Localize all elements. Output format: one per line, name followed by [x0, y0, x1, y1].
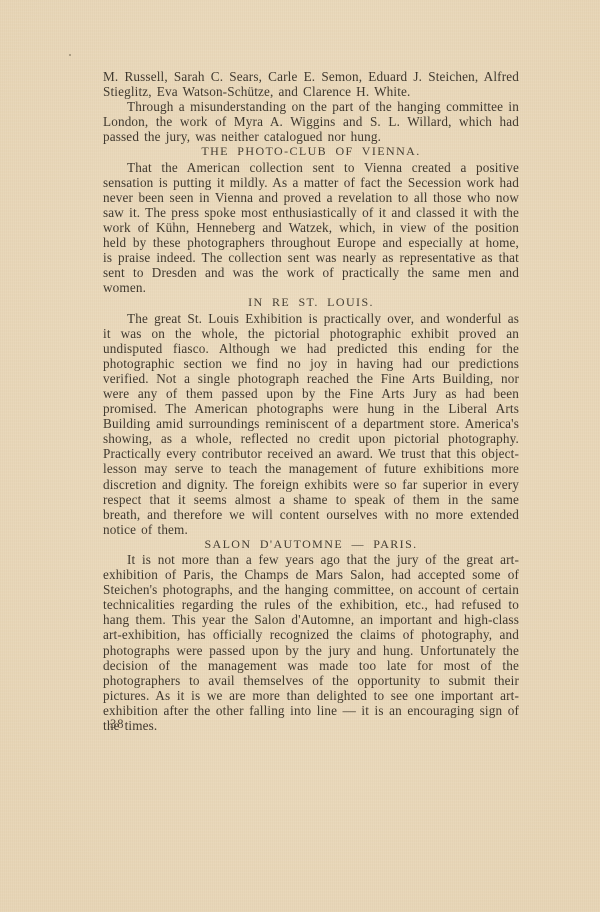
text-block: M. Russell, Sarah C. Sears, Carle E. Sem…	[103, 69, 519, 733]
scan-speck	[69, 54, 71, 56]
st-louis-section-paragraph: The great St. Louis Exhibition is practi…	[103, 311, 519, 537]
salon-dautomne-section-paragraph: It is not more than a few years ago that…	[103, 552, 519, 733]
continued-names-paragraph: M. Russell, Sarah C. Sears, Carle E. Sem…	[103, 69, 519, 99]
section-heading-photo-club-of-vienna: THE PHOTO-CLUB OF VIENNA.	[103, 144, 519, 159]
london-committee-paragraph: Through a misunderstanding on the part o…	[103, 99, 519, 144]
section-heading-salon-dautomne-paris: SALON D'AUTOMNE — PARIS.	[103, 537, 519, 552]
vienna-section-paragraph: That the American collection sent to Vie…	[103, 160, 519, 296]
section-heading-in-re-st-louis: IN RE ST. LOUIS.	[103, 295, 519, 310]
page-number: 38	[110, 717, 125, 732]
scanned-journal-page: M. Russell, Sarah C. Sears, Carle E. Sem…	[0, 0, 600, 912]
